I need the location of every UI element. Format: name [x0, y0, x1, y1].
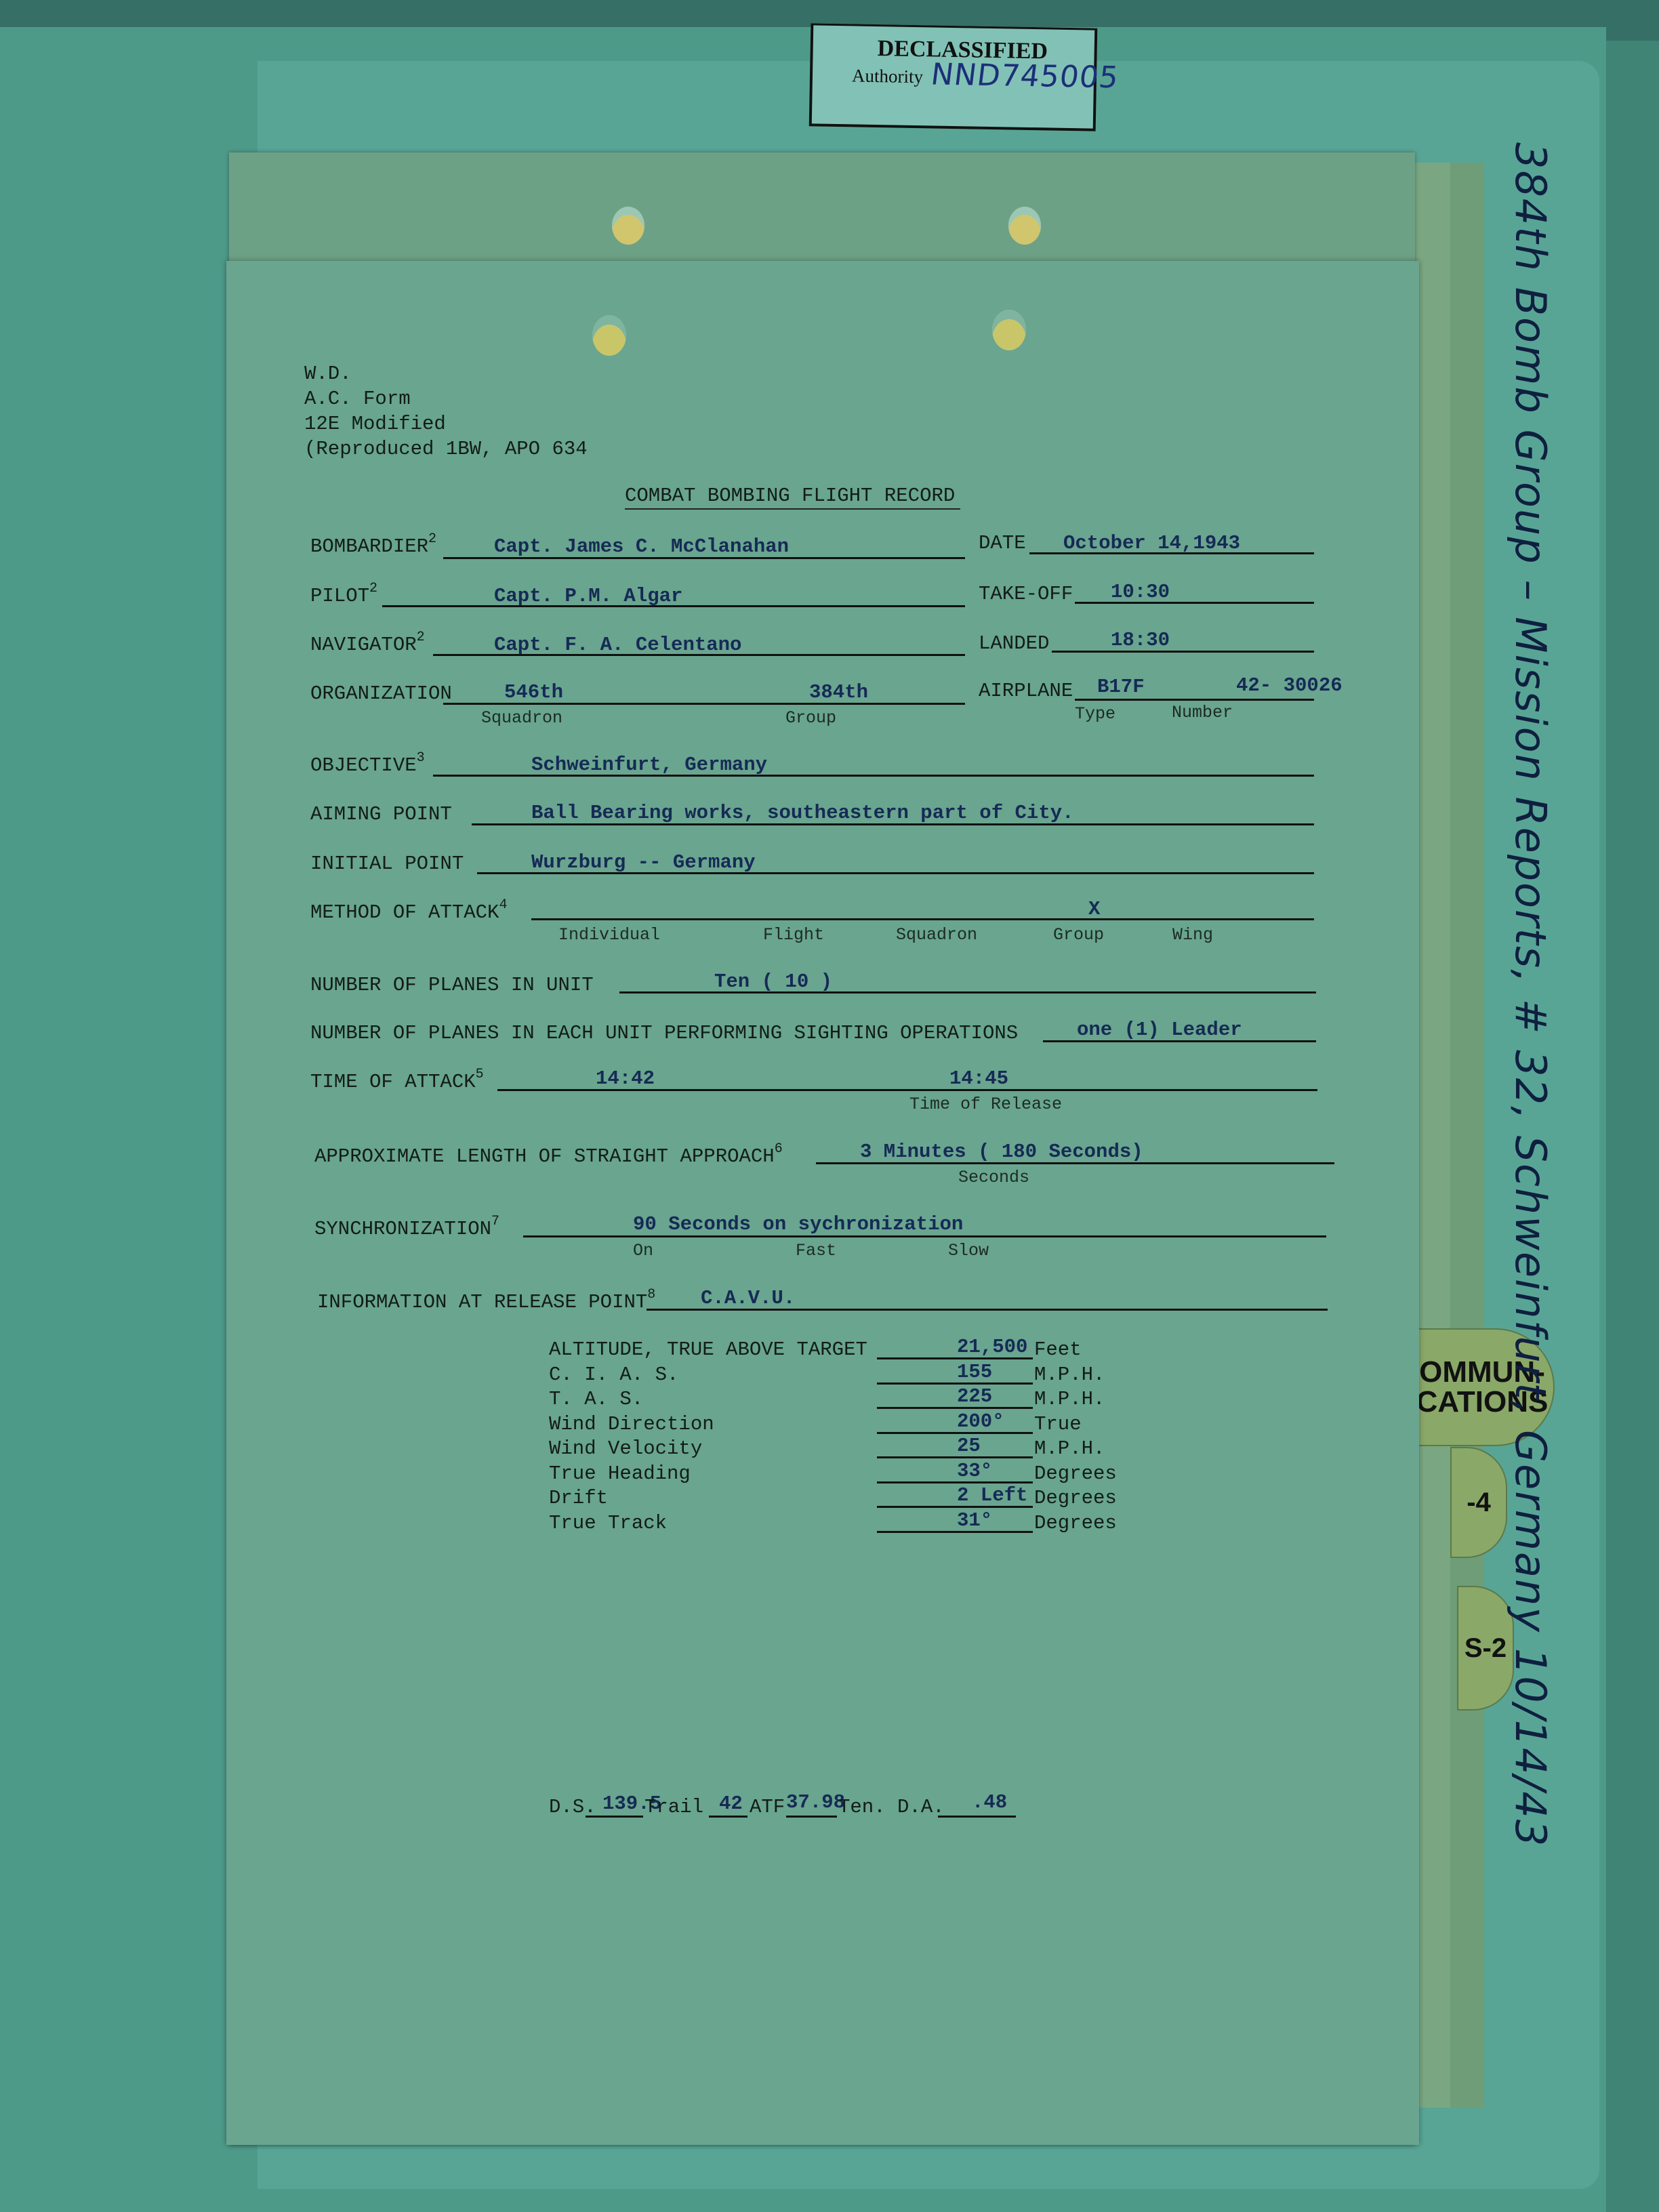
- release-row-value: 21,500: [957, 1336, 1027, 1358]
- release-row-unit: M.P.H.: [1034, 1364, 1105, 1386]
- release-row-unit: Degrees: [1034, 1512, 1117, 1534]
- planes-in-unit-value: Ten ( 10 ): [714, 970, 832, 993]
- release-row-label: True Heading: [549, 1462, 691, 1485]
- pilot-label: PILOT2: [310, 585, 377, 607]
- aiming-point-value: Ball Bearing works, southeastern part of…: [531, 802, 1074, 824]
- ten-da-value: .48: [972, 1791, 1007, 1814]
- time-of-attack-value: 14:42: [596, 1067, 655, 1090]
- planes-sighting-label: NUMBER OF PLANES IN EACH UNIT PERFORMING…: [310, 1022, 1018, 1044]
- group-value: 384th: [809, 681, 868, 703]
- declassified-stamp: DECLASSIFIED Authority NND745005: [809, 23, 1098, 131]
- punch-hole: [592, 315, 626, 356]
- airplane-type-caption: Type: [1075, 704, 1115, 724]
- method-option-group: Group: [1053, 925, 1104, 945]
- landed-value: 18:30: [1111, 629, 1170, 651]
- atf-value: 37.98: [786, 1791, 845, 1814]
- release-row-label: Drift: [549, 1487, 608, 1509]
- stamp-authority-value: NND745005: [929, 57, 1121, 95]
- group-caption: Group: [785, 708, 836, 728]
- bombardier-label: BOMBARDIER2: [310, 535, 436, 558]
- index-tab-4[interactable]: -4: [1450, 1447, 1507, 1558]
- airplane-type-value: B17F: [1097, 676, 1145, 698]
- release-row-unit: M.P.H.: [1034, 1388, 1105, 1410]
- release-row-unit: Degrees: [1034, 1462, 1117, 1485]
- straight-approach-label: APPROXIMATE LENGTH OF STRAIGHT APPROACH6: [314, 1145, 783, 1168]
- aiming-point-label: AIMING POINT: [310, 803, 452, 825]
- airplane-number-value: 42- 30026: [1236, 674, 1343, 697]
- punch-hole: [612, 207, 644, 245]
- method-option-squadron: Squadron: [896, 925, 977, 945]
- release-row-unit: Degrees: [1034, 1487, 1117, 1509]
- release-row-unit: True: [1034, 1413, 1082, 1435]
- release-row-label: Wind Velocity: [549, 1437, 702, 1460]
- release-row-label: ALTITUDE, TRUE ABOVE TARGET: [549, 1338, 867, 1361]
- release-row-label: Wind Direction: [549, 1413, 714, 1435]
- sync-option-on: On: [633, 1241, 653, 1261]
- method-of-attack-mark: X: [1088, 898, 1100, 920]
- release-row-label: C. I. A. S.: [549, 1364, 678, 1386]
- initial-point-value: Wurzburg -- Germany: [531, 851, 756, 874]
- release-row-value: 225: [957, 1385, 992, 1408]
- date-value: October 14,1943: [1063, 532, 1240, 554]
- form-title: COMBAT BOMBING FLIGHT RECORD: [625, 485, 955, 507]
- trail-label: Trail: [644, 1796, 703, 1818]
- stamp-authority-label: Authority: [852, 65, 924, 87]
- squadron-caption: Squadron: [481, 708, 562, 728]
- release-row-value: 200°: [957, 1410, 1004, 1433]
- synchronization-label: SYNCHRONIZATION7: [314, 1218, 499, 1240]
- takeoff-label: TAKE-OFF: [979, 583, 1073, 605]
- release-row-label: True Track: [549, 1512, 667, 1534]
- time-of-attack-label: TIME OF ATTACK5: [310, 1071, 484, 1093]
- bombardier-value: Capt. James C. McClanahan: [494, 535, 789, 558]
- punch-hole: [1008, 207, 1041, 245]
- ten-da-label: Ten. D.A.: [838, 1796, 945, 1818]
- planes-sighting-value: one (1) Leader: [1077, 1019, 1242, 1041]
- method-of-attack-label: METHOD OF ATTACK4: [310, 901, 507, 924]
- release-row-unit: M.P.H.: [1034, 1437, 1105, 1460]
- pilot-value: Capt. P.M. Algar: [494, 585, 682, 607]
- release-row-unit: Feet: [1034, 1338, 1082, 1361]
- time-of-release-value: 14:45: [949, 1067, 1008, 1090]
- form-header-reproduced: (Reproduced 1BW, APO 634: [304, 438, 588, 460]
- sync-option-slow: Slow: [948, 1241, 989, 1261]
- method-option-wing: Wing: [1172, 925, 1213, 945]
- navigator-value: Capt. F. A. Celentano: [494, 634, 741, 656]
- form-header-wd: W.D.: [304, 363, 352, 385]
- release-row-value: 33°: [957, 1460, 992, 1482]
- method-option-flight: Flight: [763, 925, 824, 945]
- release-row-value: 31°: [957, 1509, 992, 1532]
- time-of-release-caption: Time of Release: [909, 1094, 1062, 1114]
- straight-approach-value: 3 Minutes ( 180 Seconds): [860, 1141, 1143, 1163]
- objective-label: OBJECTIVE3: [310, 754, 425, 777]
- navigator-label: NAVIGATOR2: [310, 634, 425, 656]
- release-row-value: 155: [957, 1361, 992, 1383]
- release-info-value: C.A.V.U.: [701, 1287, 795, 1309]
- release-info-label: INFORMATION AT RELEASE POINT8: [317, 1291, 655, 1313]
- objective-value: Schweinfurt, Germany: [531, 754, 767, 776]
- atf-label: ATF: [750, 1796, 785, 1818]
- airplane-number-caption: Number: [1172, 703, 1233, 722]
- release-row-label: T. A. S.: [549, 1388, 643, 1410]
- planes-in-unit-label: NUMBER OF PLANES IN UNIT: [310, 974, 594, 996]
- release-row-value: 25: [957, 1435, 981, 1457]
- straight-approach-caption: Seconds: [958, 1168, 1029, 1187]
- handwritten-margin-note: 384th Bomb Group – Mission Reports, # 32…: [1506, 142, 1555, 1847]
- trail-value: 42: [719, 1793, 743, 1815]
- release-row-value: 2 Left: [957, 1484, 1027, 1507]
- form-header-modified: 12E Modified: [304, 413, 446, 435]
- form-header-ac-form: A.C. Form: [304, 388, 411, 410]
- airplane-label: AIRPLANE: [979, 680, 1073, 702]
- method-option-individual: Individual: [558, 925, 660, 945]
- sync-option-fast: Fast: [796, 1241, 836, 1261]
- synchronization-value: 90 Seconds on sychronization: [633, 1213, 963, 1235]
- organization-label: ORGANIZATION: [310, 682, 452, 705]
- landed-label: LANDED: [979, 632, 1049, 655]
- takeoff-value: 10:30: [1111, 581, 1170, 603]
- initial-point-label: INITIAL POINT: [310, 853, 464, 875]
- punch-hole: [992, 310, 1026, 350]
- squadron-value: 546th: [504, 681, 563, 703]
- date-label: DATE: [979, 532, 1026, 554]
- combat-bombing-flight-record-form: W.D. A.C. Form 12E Modified (Reproduced …: [226, 261, 1419, 2145]
